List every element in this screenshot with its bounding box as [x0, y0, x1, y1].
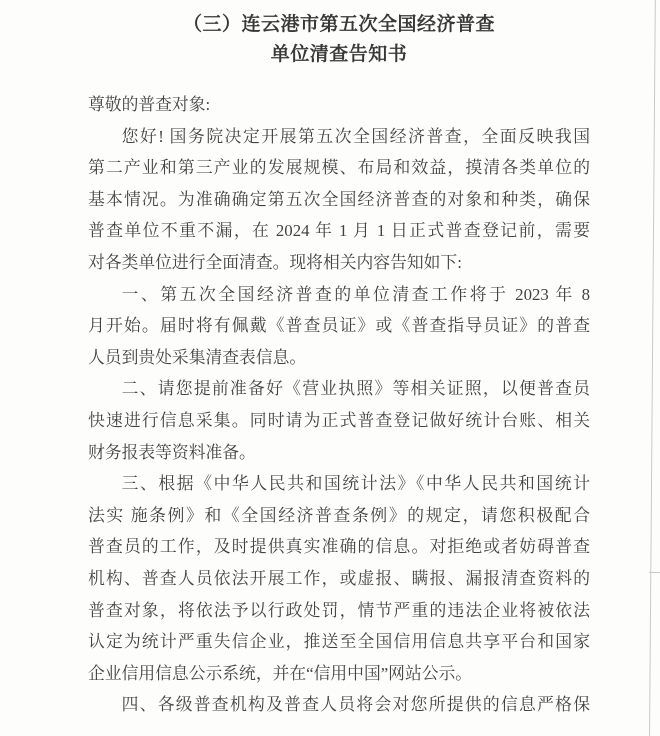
document-line: 快速进行信息采集。同时请为正式普查登记做好统计台账、相关	[88, 405, 590, 437]
document-line: 第二产业和第三产业的发展规模、布局和效益，摸清各类单位的	[88, 152, 590, 184]
document-line: 认定为统计严重失信企业，推送至全国信用信息共享平台和国家	[88, 626, 590, 658]
document-line: 普查对象，将依法予以行政处罚，情节严重的违法企业将被依法	[88, 595, 590, 627]
document-line: 一、第五次全国经济普查的单位清查工作将于 2023 年 8	[88, 279, 590, 311]
scan-artifact-line	[649, 572, 660, 573]
document-line: 三、根据《中华人民共和国统计法》《中华人民共和国统计	[88, 468, 590, 500]
salutation: 尊敬的普查对象:	[88, 89, 590, 121]
document-line: 普查员的工作，及时提供真实准确的信息。对拒绝或者妨碍普查	[88, 531, 590, 563]
document-line: 基本情况。为准确确定第五次全国经济普查的对象和种类，确保	[88, 184, 590, 216]
document-line: 法实 施条例》和《全国经济普查条例》的规定，请您积极配合	[88, 500, 590, 532]
document-line: 对各类单位进行全面清查。现将相关内容告知如下:	[88, 247, 590, 279]
document-line: 二、请您提前准备好《营业执照》等相关证照，以便普查员	[88, 373, 590, 405]
document-line: 四、各级普查机构及普查人员将会对您所提供的信息严格保	[88, 689, 590, 721]
title-line-1: （三）连云港市第五次全国经济普查	[88, 10, 590, 40]
document-line: 财务报表等资料准备。	[88, 437, 590, 469]
document-line: 机构、普查人员依法开展工作，或虚报、瞒报、漏报清查资料的	[88, 563, 590, 595]
document-line: 月开始。届时将有佩戴《普查员证》或《普查指导员证》的普查	[88, 310, 590, 342]
scan-edge-line	[649, 0, 656, 736]
document-content: （三）连云港市第五次全国经济普查 单位清查告知书 尊敬的普查对象: 您好! 国务…	[88, 0, 590, 736]
document-line: 普查单位不重不漏，在 2024 年 1 月 1 日正式普查登记前，需要	[88, 215, 590, 247]
document-body: 您好! 国务院决定开展第五次全国经济普查，全面反映我国第二产业和第三产业的发展规…	[88, 121, 590, 721]
document-title: （三）连云港市第五次全国经济普查 单位清查告知书	[88, 10, 590, 70]
scanned-document-page: （三）连云港市第五次全国经济普查 单位清查告知书 尊敬的普查对象: 您好! 国务…	[0, 0, 660, 736]
document-line: 人员到贵处采集清查表信息。	[88, 342, 590, 374]
document-line: 企业信用信息公示系统，并在“信用中国”网站公示。	[88, 658, 590, 690]
title-line-2: 单位清查告知书	[88, 40, 590, 70]
document-line: 您好! 国务院决定开展第五次全国经济普查，全面反映我国	[88, 121, 590, 153]
